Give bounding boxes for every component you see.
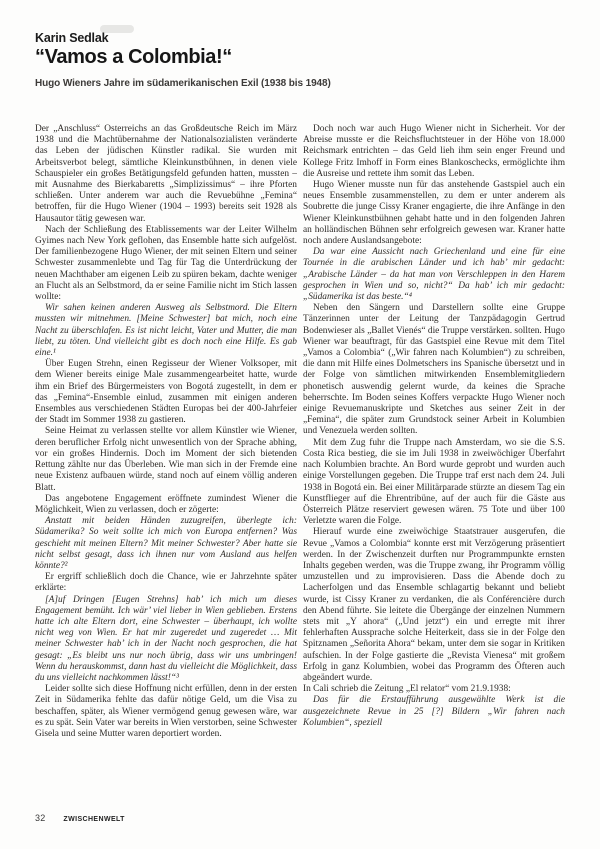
quote-paragraph: Wir sahen keinen anderen Ausweg als Selb… <box>35 303 297 359</box>
right-column: Doch noch war auch Hugo Wiener nicht in … <box>303 124 565 800</box>
document-page: Karin Sedlak “Vamos a Colombia!“ Hugo Wi… <box>0 0 600 849</box>
author-name: Karin Sedlak <box>35 31 555 45</box>
quote-paragraph: Anstatt mit beiden Händen zuzugreifen, ü… <box>35 516 297 572</box>
page-number: 32 <box>35 813 45 823</box>
body-paragraph: Er ergriff schließlich doch die Chance, … <box>35 572 297 594</box>
body-paragraph: Der „Anschluss“ Österreichs an das Großd… <box>35 124 297 225</box>
left-column: Der „Anschluss“ Österreichs an das Großd… <box>35 124 297 800</box>
article-header: Karin Sedlak “Vamos a Colombia!“ Hugo Wi… <box>35 31 555 90</box>
page-footer: 32 ZWISCHENWELT <box>35 813 125 823</box>
body-paragraph: In Cali schrieb die Zeitung „El relator“… <box>303 684 565 695</box>
quote-paragraph: Das für die Erstaufführung ausgewählte W… <box>303 695 565 729</box>
body-paragraph: Leider sollte sich diese Hoffnung nicht … <box>35 684 297 740</box>
body-paragraph: Mit dem Zug fuhr die Truppe nach Amsterd… <box>303 438 565 528</box>
body-paragraph: Nach der Schließung des Etablissements w… <box>35 225 297 303</box>
body-paragraph: Das angebotene Engagement eröffnete zumi… <box>35 494 297 516</box>
journal-name: ZWISCHENWELT <box>63 816 124 823</box>
page-subtitle: Hugo Wieners Jahre im südamerikanischen … <box>35 78 555 90</box>
body-paragraph: Seine Heimat zu verlassen stellte vor al… <box>35 426 297 493</box>
body-paragraph: Doch noch war auch Hugo Wiener nicht in … <box>303 124 565 180</box>
body-paragraph: Über Eugen Strehn, einen Regisseur der W… <box>35 359 297 426</box>
body-paragraph: Hugo Wiener musste nun für das anstehend… <box>303 180 565 247</box>
quote-paragraph: Da war eine Aussicht nach Griechenland u… <box>303 247 565 303</box>
body-paragraph: Hierauf wurde eine zweiwöchige Staatstra… <box>303 527 565 684</box>
body-paragraph: Neben den Sängern und Darstellern sollte… <box>303 303 565 437</box>
quote-paragraph: [A]uf Dringen [Eugen Strehns] hab’ ich m… <box>35 595 297 685</box>
page-title: “Vamos a Colombia!“ <box>35 46 555 68</box>
